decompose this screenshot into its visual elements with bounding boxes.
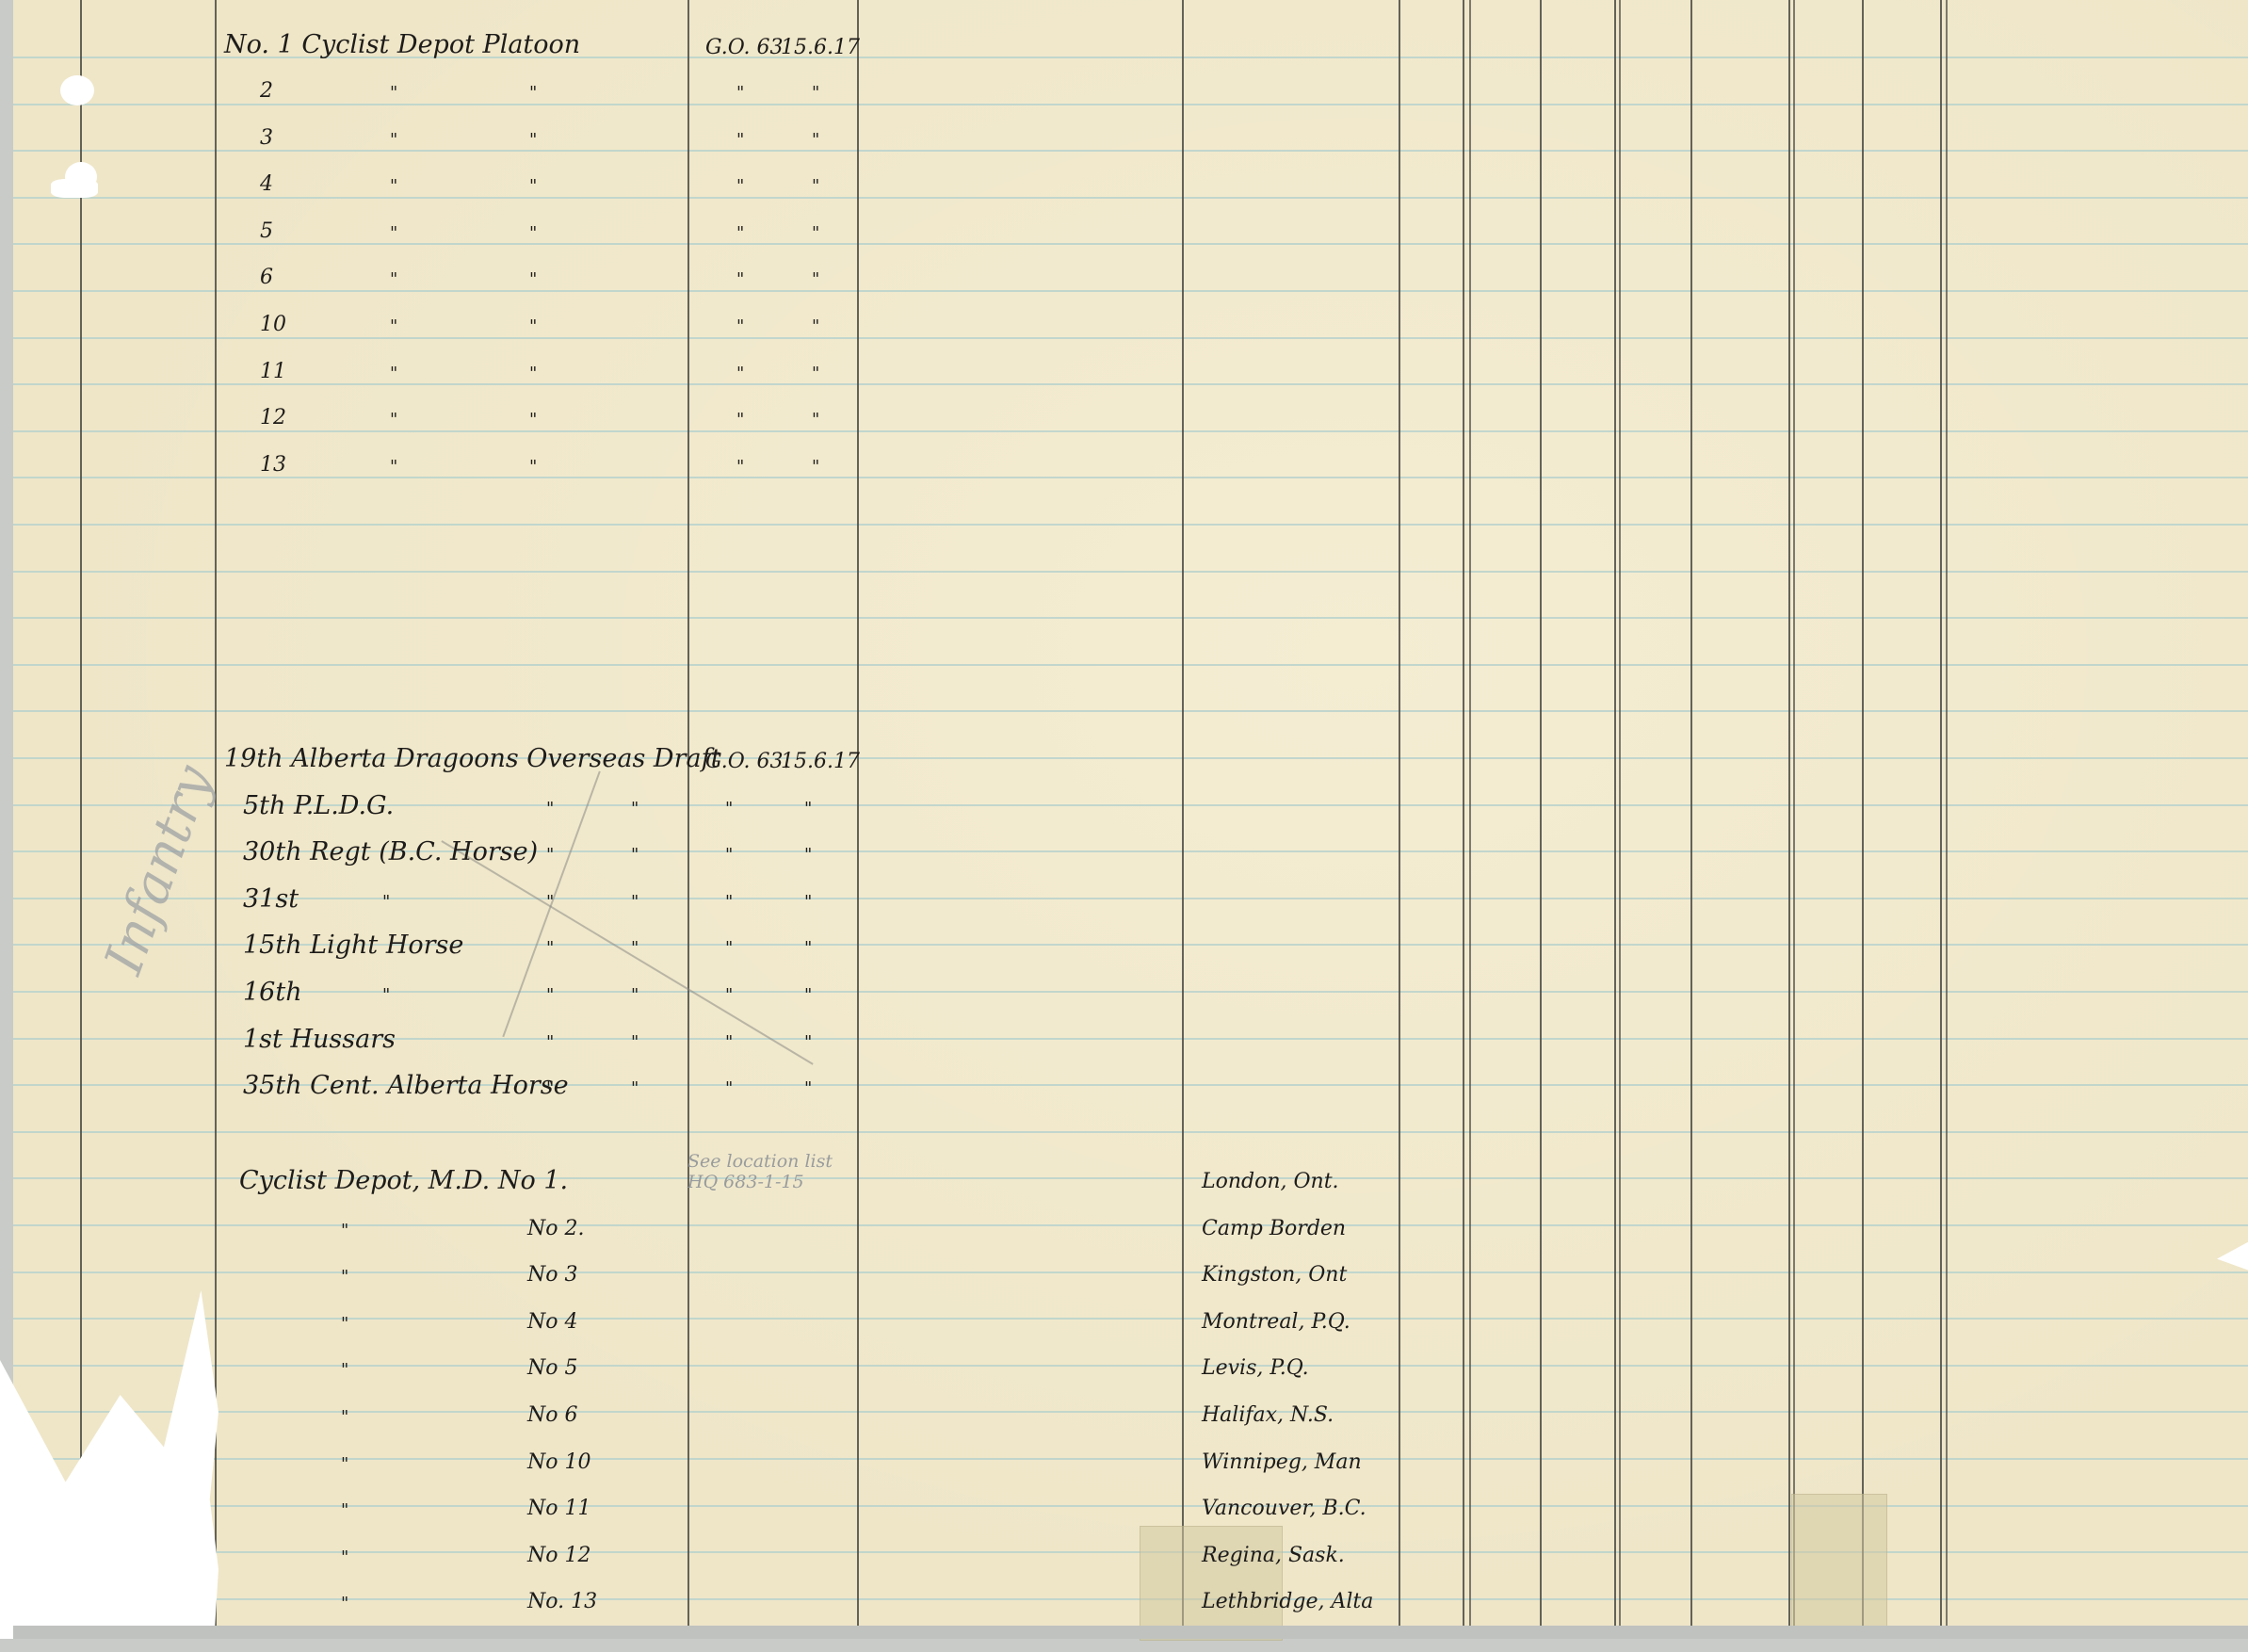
platoon-number: 13 (260, 453, 286, 477)
ruled-line (13, 150, 2248, 152)
ditto-mark: " (546, 985, 554, 1005)
ditto-mark: " (736, 364, 744, 383)
column-line (1182, 0, 1184, 1639)
ditto-mark: " (546, 892, 554, 912)
ditto-mark: " (390, 130, 397, 150)
column-line (1946, 0, 1948, 1639)
tape-piece (1791, 1494, 1887, 1637)
ditto-mark: " (804, 1032, 812, 1052)
depot-number: No 10 (527, 1450, 590, 1474)
ditto-mark: " (631, 938, 639, 958)
ditto-mark: " (804, 938, 812, 958)
ditto-mark: " (529, 223, 537, 243)
ditto-mark: " (736, 269, 744, 289)
ruled-line (13, 524, 2248, 526)
column-line (80, 0, 82, 1639)
platoon-number: 2 (260, 79, 273, 103)
depot-number: No 12 (527, 1544, 590, 1567)
column-line (857, 0, 859, 1639)
depot-location: Regina, Sask. (1202, 1544, 1345, 1567)
ditto-mark: " (390, 83, 397, 103)
pencil-strike-line (442, 840, 814, 1064)
ditto-mark: " (341, 1314, 348, 1334)
ditto-mark: " (390, 316, 397, 336)
ditto-mark: " (736, 457, 744, 477)
depot-location: Levis, P.Q. (1202, 1356, 1309, 1380)
unit-name: 1st Hussars (243, 1025, 396, 1054)
depot-location: Halifax, N.S. (1202, 1403, 1334, 1427)
platoon-number: 3 (260, 126, 273, 150)
ditto-mark: " (736, 83, 744, 103)
punch-hole (60, 75, 94, 105)
ditto-mark: " (390, 223, 397, 243)
torn-edge (2217, 1239, 2248, 1272)
ruled-line (13, 243, 2248, 245)
date: 15.6.17 (781, 750, 860, 773)
ditto-mark: " (631, 1032, 639, 1052)
column-line (1469, 0, 1471, 1639)
depot-number: No 2. (527, 1217, 584, 1240)
pencil-reference: See location list (687, 1151, 833, 1172)
ditto-mark: " (812, 316, 819, 336)
ditto-mark: " (631, 985, 639, 1005)
unit-name: 30th Regt (B.C. Horse) (243, 837, 538, 866)
ditto-mark: " (812, 176, 819, 196)
ditto-mark: " (736, 410, 744, 429)
ruled-line (13, 710, 2248, 712)
ditto-mark: " (390, 457, 397, 477)
depot-name: Cyclist Depot, M.D. No 1. (239, 1166, 568, 1195)
ditto-mark: " (725, 799, 733, 818)
ditto-mark: " (390, 364, 397, 383)
ditto-mark: " (382, 985, 390, 1005)
depot-location: Camp Borden (1202, 1217, 1346, 1240)
column-line (687, 0, 689, 1639)
column-line (1793, 0, 1795, 1639)
ditto-mark: " (804, 892, 812, 912)
unit-name: 35th Cent. Alberta Horse (243, 1071, 569, 1100)
punch-hole (51, 179, 98, 198)
ditto-mark: " (812, 83, 819, 103)
depot-location: Kingston, Ont (1202, 1263, 1347, 1287)
ruled-line (13, 571, 2248, 573)
ditto-mark: " (341, 1454, 348, 1474)
scan-edge (13, 1626, 2248, 1639)
ruled-line (13, 197, 2248, 199)
ruled-line (13, 383, 2248, 385)
margin-note-infantry: Infantry (93, 758, 224, 982)
ditto-mark: " (736, 223, 744, 243)
ditto-mark: " (725, 938, 733, 958)
ditto-mark: " (546, 799, 554, 818)
torn-corner (0, 1290, 218, 1639)
ditto-mark: " (529, 457, 537, 477)
ruled-line (13, 617, 2248, 619)
ditto-mark: " (546, 1032, 554, 1052)
authority: G.O. 63 (705, 36, 784, 59)
date: 15.6.17 (781, 36, 860, 59)
ditto-mark: " (529, 364, 537, 383)
ditto-mark: " (725, 985, 733, 1005)
ditto-mark: " (341, 1547, 348, 1567)
ditto-mark: " (529, 269, 537, 289)
ditto-mark: " (390, 410, 397, 429)
ditto-mark: " (736, 130, 744, 150)
ditto-mark: " (341, 1594, 348, 1613)
depot-number: No 3 (527, 1263, 578, 1287)
column-line (1540, 0, 1542, 1639)
ditto-mark: " (529, 316, 537, 336)
ditto-mark: " (812, 269, 819, 289)
column-line (1463, 0, 1464, 1639)
ditto-mark: " (812, 130, 819, 150)
ditto-mark: " (736, 316, 744, 336)
ruled-line (13, 1131, 2248, 1133)
depot-number: No 5 (527, 1356, 578, 1380)
unit-name: 15th Light Horse (243, 931, 463, 960)
depot-number: No 6 (527, 1403, 578, 1427)
ditto-mark: " (725, 892, 733, 912)
ditto-mark: " (804, 1078, 812, 1098)
ledger-page: Infantry No. 1 Cyclist Depot Platoon G.O… (13, 0, 2248, 1639)
ruled-line (13, 290, 2248, 292)
ditto-mark: " (736, 176, 744, 196)
ditto-mark: " (631, 892, 639, 912)
platoon-number: 11 (260, 360, 286, 383)
column-line (1614, 0, 1616, 1639)
ditto-mark: " (529, 410, 537, 429)
unit-name: 5th P.L.D.G. (243, 791, 394, 820)
platoon-number: 6 (260, 266, 273, 289)
platoon-number: 10 (260, 313, 286, 336)
depot-number: No 11 (527, 1497, 590, 1520)
platoon-number: 12 (260, 406, 286, 429)
depot-location: London, Ont. (1202, 1170, 1339, 1193)
ditto-mark: " (804, 845, 812, 865)
ditto-mark: " (546, 845, 554, 865)
depot-location: Vancouver, B.C. (1202, 1497, 1367, 1520)
ruled-line (13, 477, 2248, 478)
ditto-mark: " (341, 1500, 348, 1520)
ditto-mark: " (725, 1032, 733, 1052)
ditto-mark: " (631, 799, 639, 818)
ditto-mark: " (812, 364, 819, 383)
ditto-mark: " (546, 1078, 554, 1098)
ruled-line (13, 991, 2248, 993)
ditto-mark: " (725, 845, 733, 865)
ditto-mark: " (529, 130, 537, 150)
ruled-line (13, 430, 2248, 432)
column-line (1399, 0, 1400, 1639)
ruled-line (13, 898, 2248, 899)
column-line (1862, 0, 1864, 1639)
platoon-number: 4 (260, 172, 273, 196)
ruled-line (13, 104, 2248, 105)
ditto-mark: " (812, 223, 819, 243)
ditto-mark: " (341, 1407, 348, 1427)
ditto-mark: " (631, 1078, 639, 1098)
column-line (1619, 0, 1621, 1639)
ditto-mark: " (382, 892, 390, 912)
ditto-mark: " (631, 845, 639, 865)
ditto-mark: " (341, 1360, 348, 1380)
ditto-mark: " (529, 83, 537, 103)
ditto-mark: " (812, 457, 819, 477)
authority: G.O. 63. (705, 750, 790, 773)
platoon-number: 5 (260, 219, 273, 243)
ditto-mark: " (812, 410, 819, 429)
ditto-mark: " (390, 269, 397, 289)
ditto-mark: " (341, 1221, 348, 1240)
column-line (1940, 0, 1942, 1639)
ditto-mark: " (546, 938, 554, 958)
column-line (1788, 0, 1790, 1639)
ditto-mark: " (341, 1267, 348, 1287)
ruled-line (13, 337, 2248, 339)
unit-name: 31st (243, 884, 299, 914)
column-line (1690, 0, 1692, 1639)
depot-number: No. 13 (527, 1590, 597, 1613)
depot-location: Lethbridge, Alta (1202, 1590, 1373, 1613)
depot-location: Winnipeg, Man (1202, 1450, 1362, 1474)
ditto-mark: " (390, 176, 397, 196)
pencil-reference: HQ 683-1-15 (687, 1172, 804, 1192)
depot-location: Montreal, P.Q. (1202, 1310, 1350, 1334)
unit-name: 19th Alberta Dragoons Overseas Draft (224, 744, 720, 773)
unit-name: No. 1 Cyclist Depot Platoon (224, 30, 580, 59)
ditto-mark: " (804, 799, 812, 818)
unit-name: 16th (243, 978, 302, 1007)
ruled-line (13, 664, 2248, 666)
depot-number: No 4 (527, 1310, 578, 1334)
ditto-mark: " (725, 1078, 733, 1098)
ditto-mark: " (804, 985, 812, 1005)
ditto-mark: " (529, 176, 537, 196)
